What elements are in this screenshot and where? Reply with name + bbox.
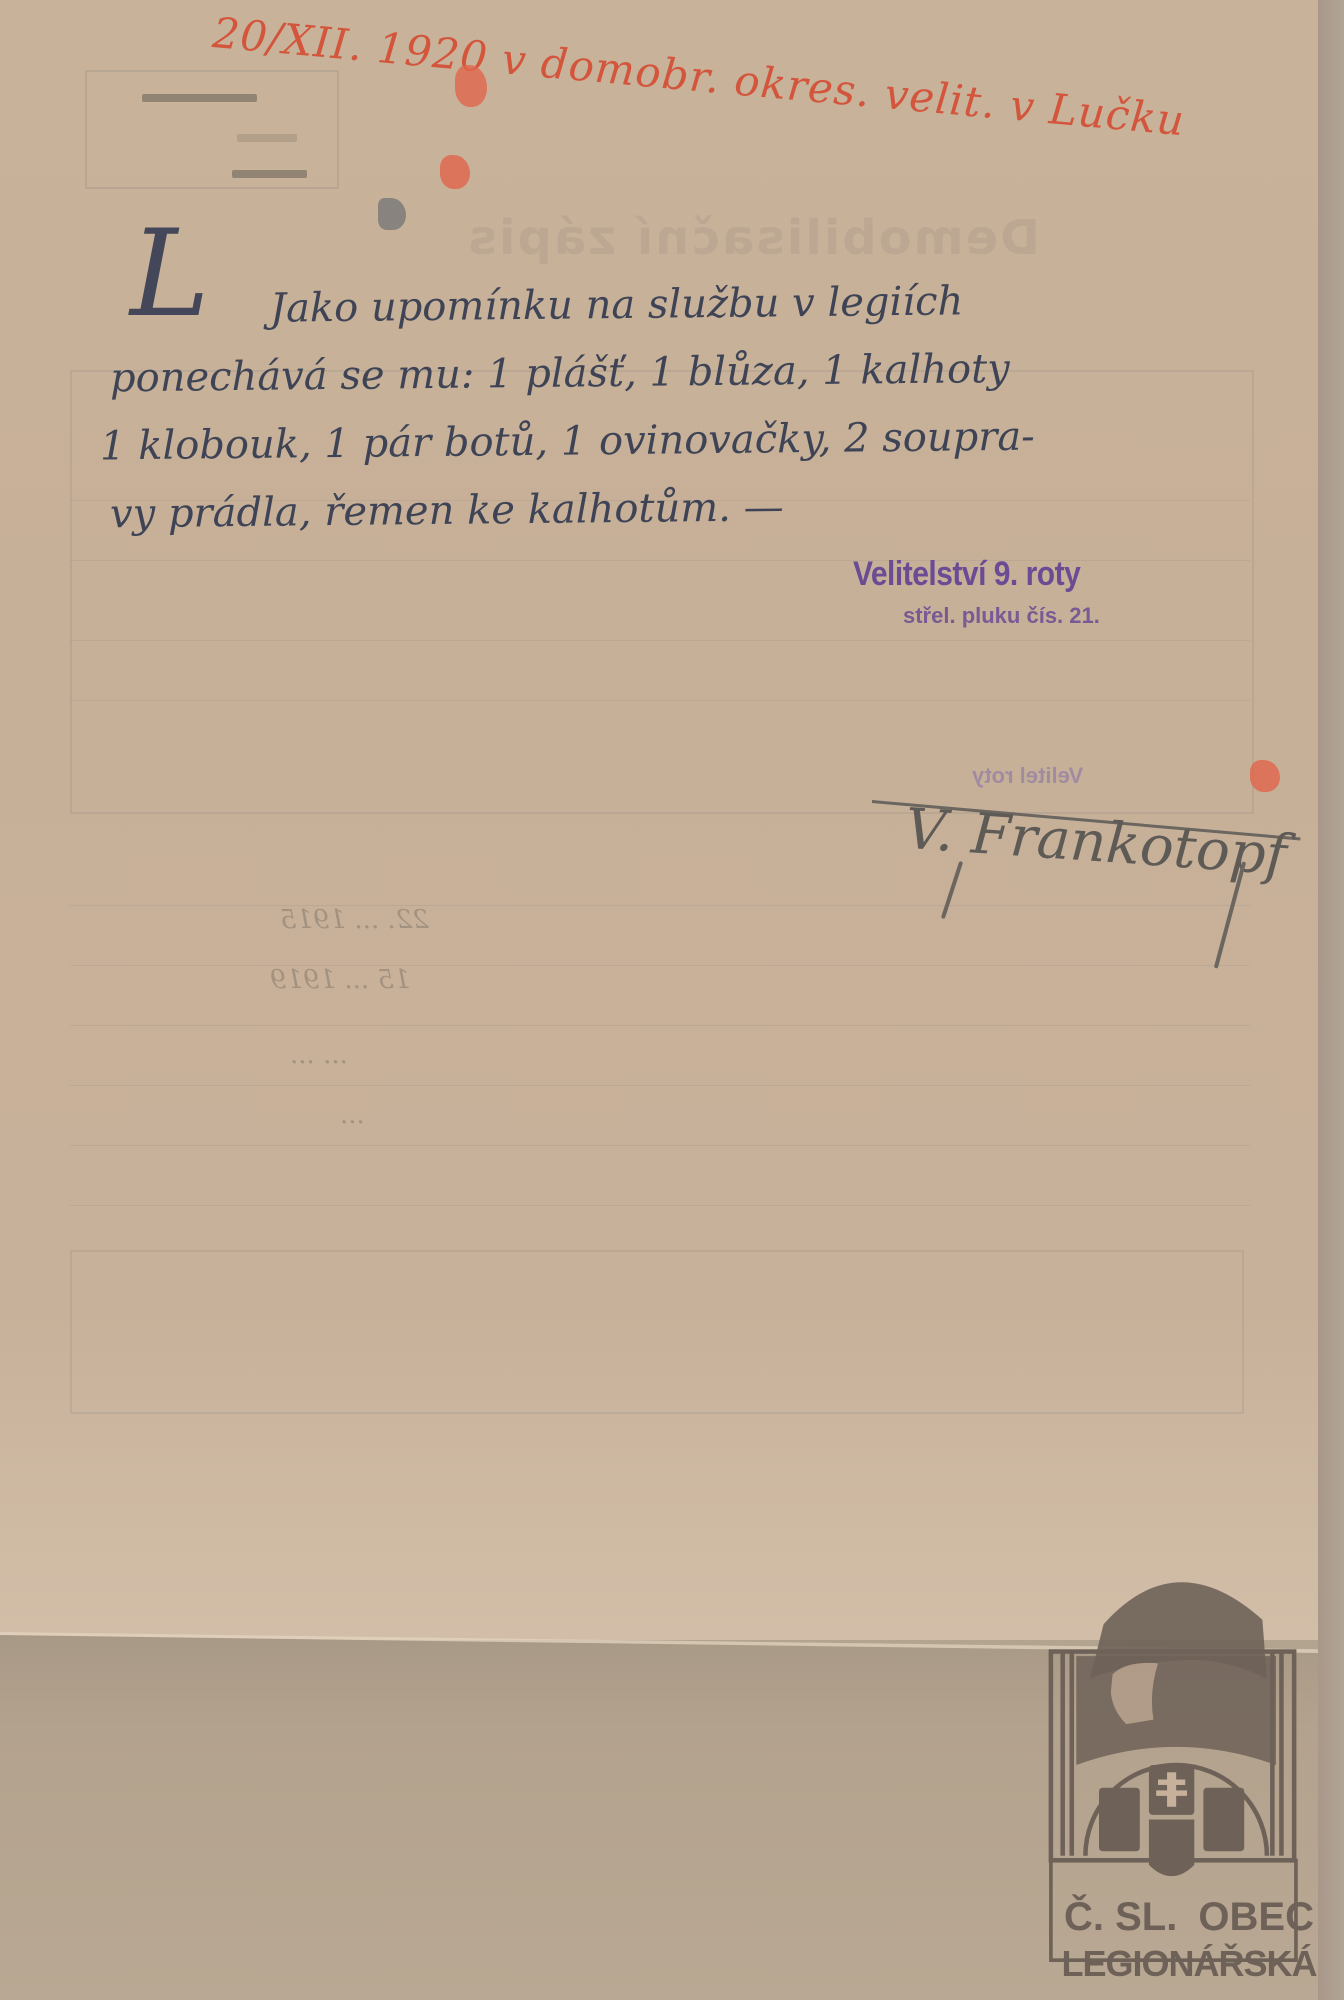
red-ink-mark (455, 65, 487, 107)
stamp-line-1: Velitelství 9. roty (853, 555, 1100, 594)
bleed-through-entry: ... (340, 1100, 365, 1130)
red-date-annotation: 20/XII. 1920 v domobr. okres. velit. v L… (204, 8, 1310, 227)
red-ink-mark (440, 155, 470, 189)
red-ink-mark (1250, 760, 1280, 792)
handwritten-line: ponechává se mu: 1 plášť, 1 blůza, 1 kal… (100, 332, 1331, 413)
handwritten-line: Jako upomínku na službu v legiích (100, 264, 1331, 345)
company-stamp: Velitelství 9. roty střel. pluku čís. 21… (853, 555, 1100, 629)
logo-line-1: Č. SL. OBEC (1054, 1895, 1324, 1940)
faded-stamp: Velitel roty (972, 763, 1083, 789)
logo-text-csl: Č. SL. (1064, 1895, 1177, 1940)
logo-line-2: LEGIONÁŘSKÁ (1054, 1943, 1324, 1985)
bleed-through-entry: ... ... (290, 1040, 348, 1070)
document-page: Demobilisační zápis 22. ... 1915 15 ... … (0, 0, 1320, 1640)
ink-blot (378, 198, 406, 230)
bleed-through-form-box-lower (70, 1250, 1244, 1414)
handwritten-line: vy prádla, řemen ke kalhotům. — (100, 468, 1331, 549)
handwritten-note: L Jako upomínku na službu v legiích pone… (100, 270, 1330, 542)
handwritten-line: 1 klobouk, 1 pár botů, 1 ovinovačky, 2 s… (100, 400, 1331, 481)
bleed-through-form-title: Demobilisační zápis (340, 210, 1040, 266)
bleed-through-entry: 15 ... 1919 (270, 965, 411, 995)
logo-text-obec: OBEC (1198, 1895, 1314, 1940)
stamp-line-2: střel. pluku čís. 21. (903, 603, 1100, 629)
legion-logo: Č. SL. OBEC LEGIONÁŘSKÁ (1040, 1545, 1325, 1985)
bleed-through-entry: 22. ... 1915 (280, 905, 429, 935)
